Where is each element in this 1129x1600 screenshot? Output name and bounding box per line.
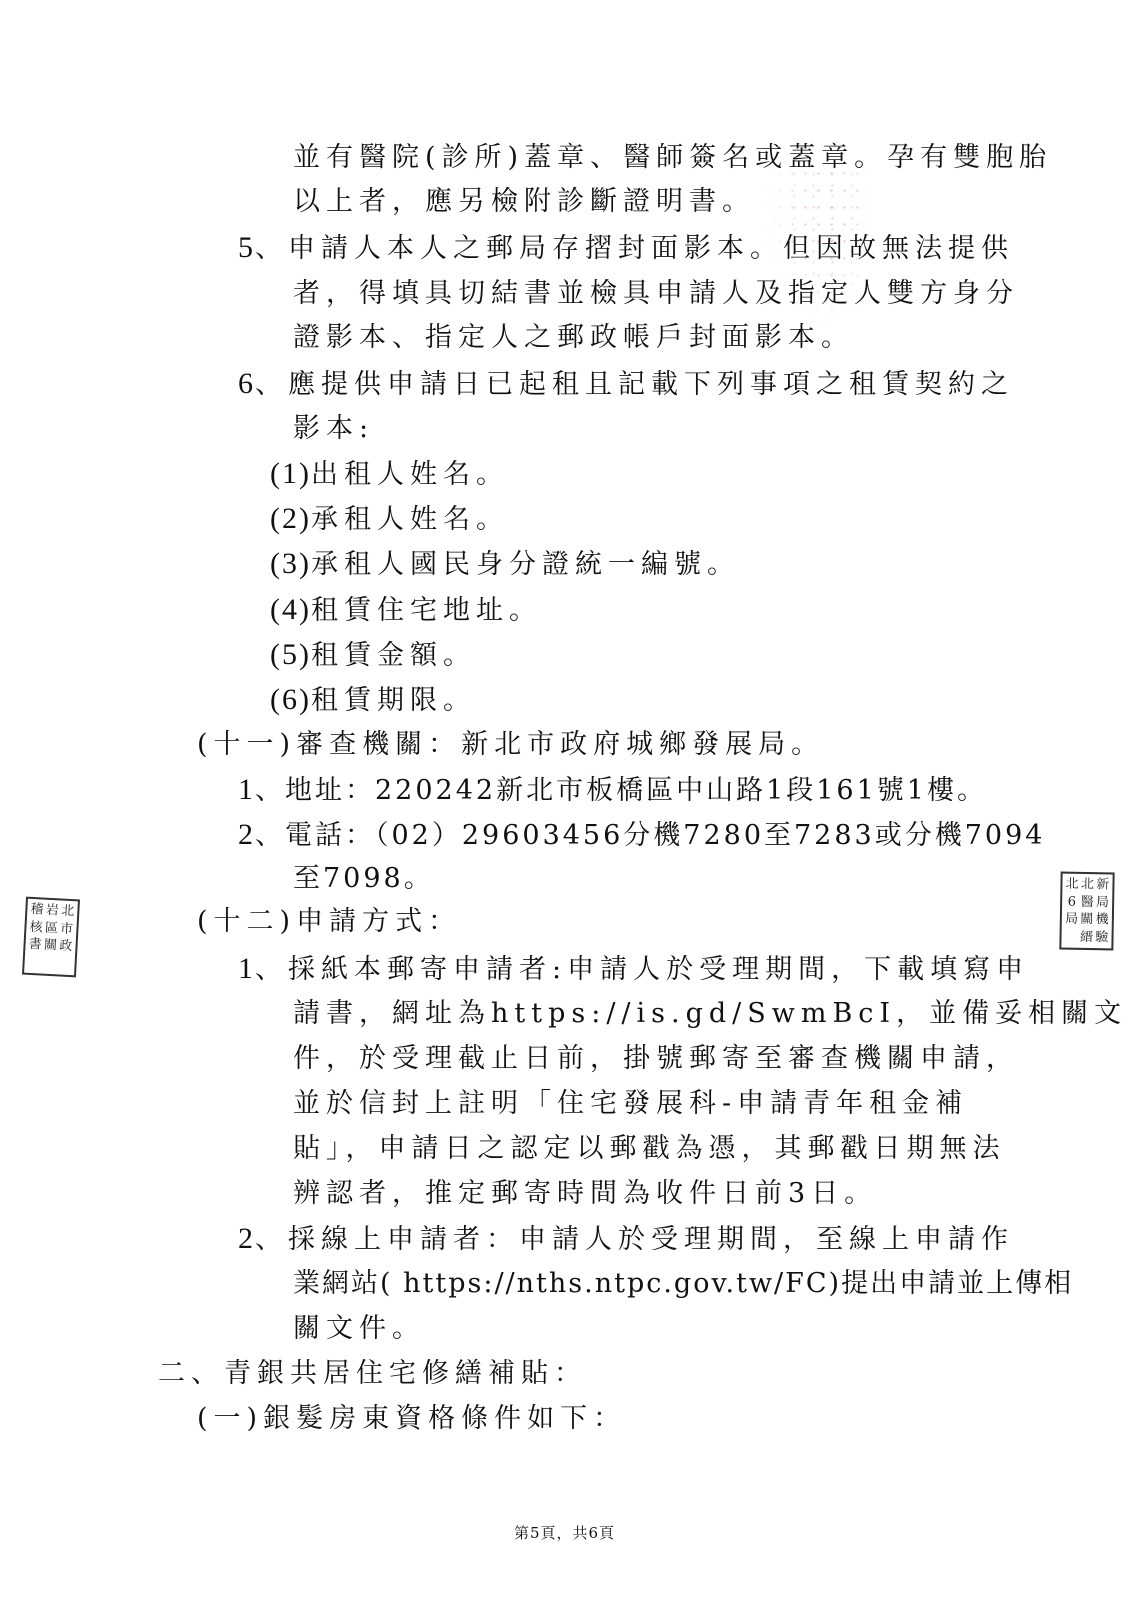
item-number: 1	[238, 773, 255, 806]
section-heading-two: 二、青銀共居住宅修繕補貼：	[158, 1357, 587, 1391]
lease-item: (2)承租人姓名。	[270, 502, 509, 537]
lease-item: (1)出租人姓名。	[270, 457, 509, 492]
doc-line: 影本:	[293, 412, 374, 446]
item-text: 租賃期限。	[311, 685, 476, 716]
item-text: 、地址：220242新北市板橋區中山路1段161號1樓。	[255, 775, 987, 806]
doc-line: 件，於受理截止日前，掛號郵寄至審查機關申請，	[293, 1042, 1019, 1076]
application-method-2: 2、採線上申請者：申請人於受理期間，至線上申請作	[238, 1222, 1014, 1257]
item-marker: (4)	[270, 593, 311, 626]
doc-line: 辨認者，推定郵寄時間為收件日前3日。	[293, 1177, 877, 1211]
lease-item: (6)租賃期限。	[270, 683, 476, 718]
doc-line: 關文件。	[293, 1312, 425, 1346]
list-item-6: 6、應提供申請日已起租且記載下列事項之租賃契約之	[238, 367, 1014, 402]
seal-stamp-right: 北北新 6醫局 局關機 縉驗	[1059, 872, 1114, 951]
lease-item: (5)租賃金額。	[270, 638, 476, 673]
item-text: 承租人國民身分證統一編號。	[311, 549, 740, 580]
lease-item: (3)承租人國民身分證統一編號。	[270, 547, 740, 582]
item-text: 、採紙本郵寄申請者:申請人於受理期間，下載填寫申	[255, 954, 1029, 985]
item-text: 承租人姓名。	[311, 504, 509, 535]
item-text: 、應提供申請日已起租且記載下列事項之租賃契約之	[255, 369, 1014, 400]
section-heading-12: (十二)申請方式：	[197, 905, 461, 939]
doc-line: 並有醫院(診所)蓋章、醫師簽名或蓋章。孕有雙胞胎	[293, 141, 1052, 175]
application-method-1: 1、採紙本郵寄申請者:申請人於受理期間，下載填寫申	[238, 952, 1029, 987]
sub-heading: (一)銀髮房東資格條件如下：	[197, 1402, 626, 1436]
review-agency-phone: 2、電話：（02）29603456分機7280至7283或分機7094	[238, 818, 1045, 853]
doc-line: 請書，網址為https://is.gd/SwmBcI，並備妥相關文	[293, 997, 1127, 1031]
item-marker: (2)	[270, 502, 311, 535]
review-agency-address: 1、地址：220242新北市板橋區中山路1段161號1樓。	[238, 773, 987, 808]
doc-line: 貼」，申請日之認定以郵戳為憑，其郵戳日期無法	[293, 1132, 1006, 1166]
item-number: 2	[238, 1222, 255, 1255]
doc-line: 證影本、指定人之郵政帳戶封面影本。	[293, 321, 854, 355]
lease-item: (4)租賃住宅地址。	[270, 593, 542, 628]
doc-line: 業網站( https://nths.ntpc.gov.tw/FC)提出申請並上傳…	[293, 1267, 1073, 1301]
item-marker: (1)	[270, 457, 311, 490]
doc-line: 以上者，應另檢附診斷證明書。	[293, 185, 755, 219]
doc-line: 並於信封上註明「住宅發展科-申請青年租金補	[293, 1087, 968, 1121]
item-number: 6	[238, 367, 255, 400]
item-text: 租賃金額。	[311, 640, 476, 671]
item-marker: (5)	[270, 638, 311, 671]
doc-line: 至7098。	[293, 862, 434, 896]
item-number: 5	[238, 231, 255, 264]
page-number: 第5頁，共6頁	[0, 1522, 1129, 1543]
item-marker: (3)	[270, 547, 311, 580]
item-text: 、電話：（02）29603456分機7280至7283或分機7094	[255, 820, 1045, 851]
item-number: 2	[238, 818, 255, 851]
section-heading-11: (十一)審查機關：新北市政府城鄉發展局。	[197, 728, 824, 762]
seal-stamp-left: 稽岩北 核區市 書關政	[22, 897, 80, 978]
list-item-5: 5、申請人本人之郵局存摺封面影本。但因故無法提供	[238, 231, 1014, 266]
item-text: 租賃住宅地址。	[311, 595, 542, 626]
doc-line: 者，得填具切結書並檢具申請人及指定人雙方身分	[293, 277, 1019, 311]
item-text: 、申請人本人之郵局存摺封面影本。但因故無法提供	[255, 233, 1014, 264]
item-text: 出租人姓名。	[311, 459, 509, 490]
item-number: 1	[238, 952, 255, 985]
item-text: 、採線上申請者：申請人於受理期間，至線上申請作	[255, 1224, 1014, 1255]
item-marker: (6)	[270, 683, 311, 716]
